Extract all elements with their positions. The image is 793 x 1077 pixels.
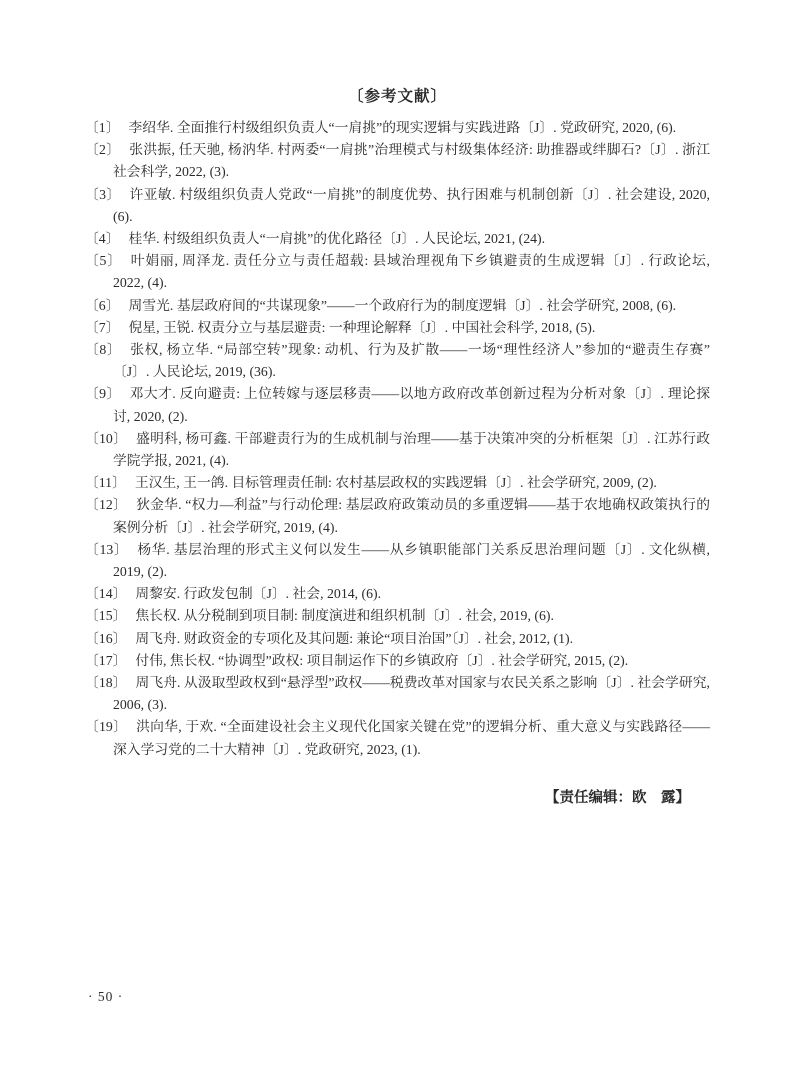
reference-text: 桂华. 村级组织负责人“一肩挑”的优化路径〔J〕. 人民论坛, 2021, (2… [129, 231, 546, 246]
reference-number: 〔3〕 [85, 187, 121, 202]
reference-text: 叶娟丽, 周泽龙. 责任分立与责任超载: 县域治理视角下乡镇避责的生成逻辑〔J〕… [113, 253, 710, 290]
reference-text: 盛明科, 杨可鑫. 干部避责行为的生成机制与治理——基于决策冲突的分析框架〔J〕… [113, 431, 710, 468]
reference-item: 〔13〕杨华. 基层治理的形式主义何以发生——从乡镇职能部门关系反思治理问题〔J… [85, 539, 710, 583]
document-page: 〔参考文献〕 〔1〕李绍华. 全面推行村级组织负责人“一肩挑”的现实逻辑与实践进… [0, 0, 793, 1077]
reference-text: 狄金华. “权力—利益”与行动伦理: 基层政府政策动员的多重逻辑——基于农地确权… [113, 497, 710, 534]
reference-item: 〔17〕付伟, 焦长权. “协调型”政权: 项目制运作下的乡镇政府〔J〕. 社会… [85, 650, 710, 672]
reference-text: 王汉生, 王一鸽. 目标管理责任制: 农村基层政权的实践逻辑〔J〕. 社会学研究… [135, 475, 657, 490]
reference-item: 〔1〕李绍华. 全面推行村级组织负责人“一肩挑”的现实逻辑与实践进路〔J〕. 党… [85, 117, 710, 139]
reference-item: 〔3〕许亚敏. 村级组织负责人党政“一肩挑”的制度优势、执行困难与机制创新〔J〕… [85, 184, 710, 228]
reference-number: 〔18〕 [85, 675, 127, 690]
references-list: 〔1〕李绍华. 全面推行村级组织负责人“一肩挑”的现实逻辑与实践进路〔J〕. 党… [85, 117, 710, 761]
reference-text: 周黎安. 行政发包制〔J〕. 社会, 2014, (6). [135, 586, 381, 601]
reference-item: 〔11〕王汉生, 王一鸽. 目标管理责任制: 农村基层政权的实践逻辑〔J〕. 社… [85, 472, 710, 494]
reference-number: 〔8〕 [85, 342, 121, 357]
editor-note: 【责任编辑：欧 露】 [85, 786, 710, 807]
reference-item: 〔19〕洪向华, 于欢. “全面建设社会主义现代化国家关键在党”的逻辑分析、重大… [85, 716, 710, 760]
reference-number: 〔19〕 [85, 719, 127, 734]
reference-number: 〔2〕 [85, 142, 120, 157]
reference-text: 倪星, 王锐. 权责分立与基层避责: 一种理论解释〔J〕. 中国社会科学, 20… [129, 320, 596, 335]
reference-number: 〔13〕 [85, 542, 128, 557]
reference-item: 〔10〕盛明科, 杨可鑫. 干部避责行为的生成机制与治理——基于决策冲突的分析框… [85, 428, 710, 472]
reference-item: 〔9〕邓大才. 反向避责: 上位转嫁与逐层移责——以地方政府改革创新过程为分析对… [85, 383, 710, 427]
reference-number: 〔16〕 [85, 631, 126, 646]
reference-item: 〔5〕叶娟丽, 周泽龙. 责任分立与责任超载: 县域治理视角下乡镇避责的生成逻辑… [85, 250, 710, 294]
page-number: · 50 · [88, 989, 123, 1005]
reference-item: 〔8〕张权, 杨立华. “局部空转”现象: 动机、行为及扩散——一场“理性经济人… [85, 339, 710, 383]
reference-text: 焦长权. 从分税制到项目制: 制度演进和组织机制〔J〕. 社会, 2019, (… [135, 608, 554, 623]
reference-text: 周飞舟. 财政资金的专项化及其问题: 兼论“项目治国”〔J〕. 社会, 2012… [135, 631, 573, 646]
reference-number: 〔7〕 [85, 320, 120, 335]
reference-item: 〔14〕周黎安. 行政发包制〔J〕. 社会, 2014, (6). [85, 583, 710, 605]
reference-text: 许亚敏. 村级组织负责人党政“一肩挑”的制度优势、执行困难与机制创新〔J〕. 社… [113, 187, 710, 224]
references-section-title: 〔参考文献〕 [85, 84, 710, 106]
reference-text: 邓大才. 反向避责: 上位转嫁与逐层移责——以地方政府改革创新过程为分析对象〔J… [113, 386, 710, 423]
reference-number: 〔5〕 [85, 253, 122, 268]
reference-number: 〔11〕 [85, 475, 126, 490]
reference-text: 付伟, 焦长权. “协调型”政权: 项目制运作下的乡镇政府〔J〕. 社会学研究,… [135, 653, 628, 668]
reference-item: 〔2〕张洪振, 任天驰, 杨汭华. 村两委“一肩挑”治理模式与村级集体经济: 助… [85, 139, 710, 183]
reference-text: 杨华. 基层治理的形式主义何以发生——从乡镇职能部门关系反思治理问题〔J〕. 文… [113, 542, 710, 579]
reference-item: 〔6〕周雪光. 基层政府间的“共谋现象”——一个政府行为的制度逻辑〔J〕. 社会… [85, 295, 710, 317]
reference-item: 〔18〕周飞舟. 从汲取型政权到“悬浮型”政权——税费改革对国家与农民关系之影响… [85, 672, 710, 716]
reference-number: 〔6〕 [85, 298, 120, 313]
reference-text: 张洪振, 任天驰, 杨汭华. 村两委“一肩挑”治理模式与村级集体经济: 助推器或… [113, 142, 710, 179]
reference-text: 张权, 杨立华. “局部空转”现象: 动机、行为及扩散——一场“理性经济人”参加… [113, 342, 710, 379]
reference-number: 〔12〕 [85, 497, 127, 512]
reference-item: 〔4〕桂华. 村级组织负责人“一肩挑”的优化路径〔J〕. 人民论坛, 2021,… [85, 228, 710, 250]
reference-item: 〔7〕倪星, 王锐. 权责分立与基层避责: 一种理论解释〔J〕. 中国社会科学,… [85, 317, 710, 339]
reference-number: 〔1〕 [85, 120, 120, 135]
reference-item: 〔15〕焦长权. 从分税制到项目制: 制度演进和组织机制〔J〕. 社会, 201… [85, 605, 710, 627]
reference-item: 〔16〕周飞舟. 财政资金的专项化及其问题: 兼论“项目治国”〔J〕. 社会, … [85, 628, 710, 650]
reference-number: 〔9〕 [85, 386, 121, 401]
reference-number: 〔17〕 [85, 653, 126, 668]
reference-number: 〔10〕 [85, 431, 127, 446]
reference-text: 周飞舟. 从汲取型政权到“悬浮型”政权——税费改革对国家与农民关系之影响〔J〕.… [113, 675, 710, 712]
reference-text: 周雪光. 基层政府间的“共谋现象”——一个政府行为的制度逻辑〔J〕. 社会学研究… [129, 298, 677, 313]
reference-item: 〔12〕狄金华. “权力—利益”与行动伦理: 基层政府政策动员的多重逻辑——基于… [85, 494, 710, 538]
reference-number: 〔14〕 [85, 586, 126, 601]
reference-text: 洪向华, 于欢. “全面建设社会主义现代化国家关键在党”的逻辑分析、重大意义与实… [113, 719, 710, 756]
reference-number: 〔4〕 [85, 231, 120, 246]
reference-text: 李绍华. 全面推行村级组织负责人“一肩挑”的现实逻辑与实践进路〔J〕. 党政研究… [129, 120, 677, 135]
reference-number: 〔15〕 [85, 608, 126, 623]
